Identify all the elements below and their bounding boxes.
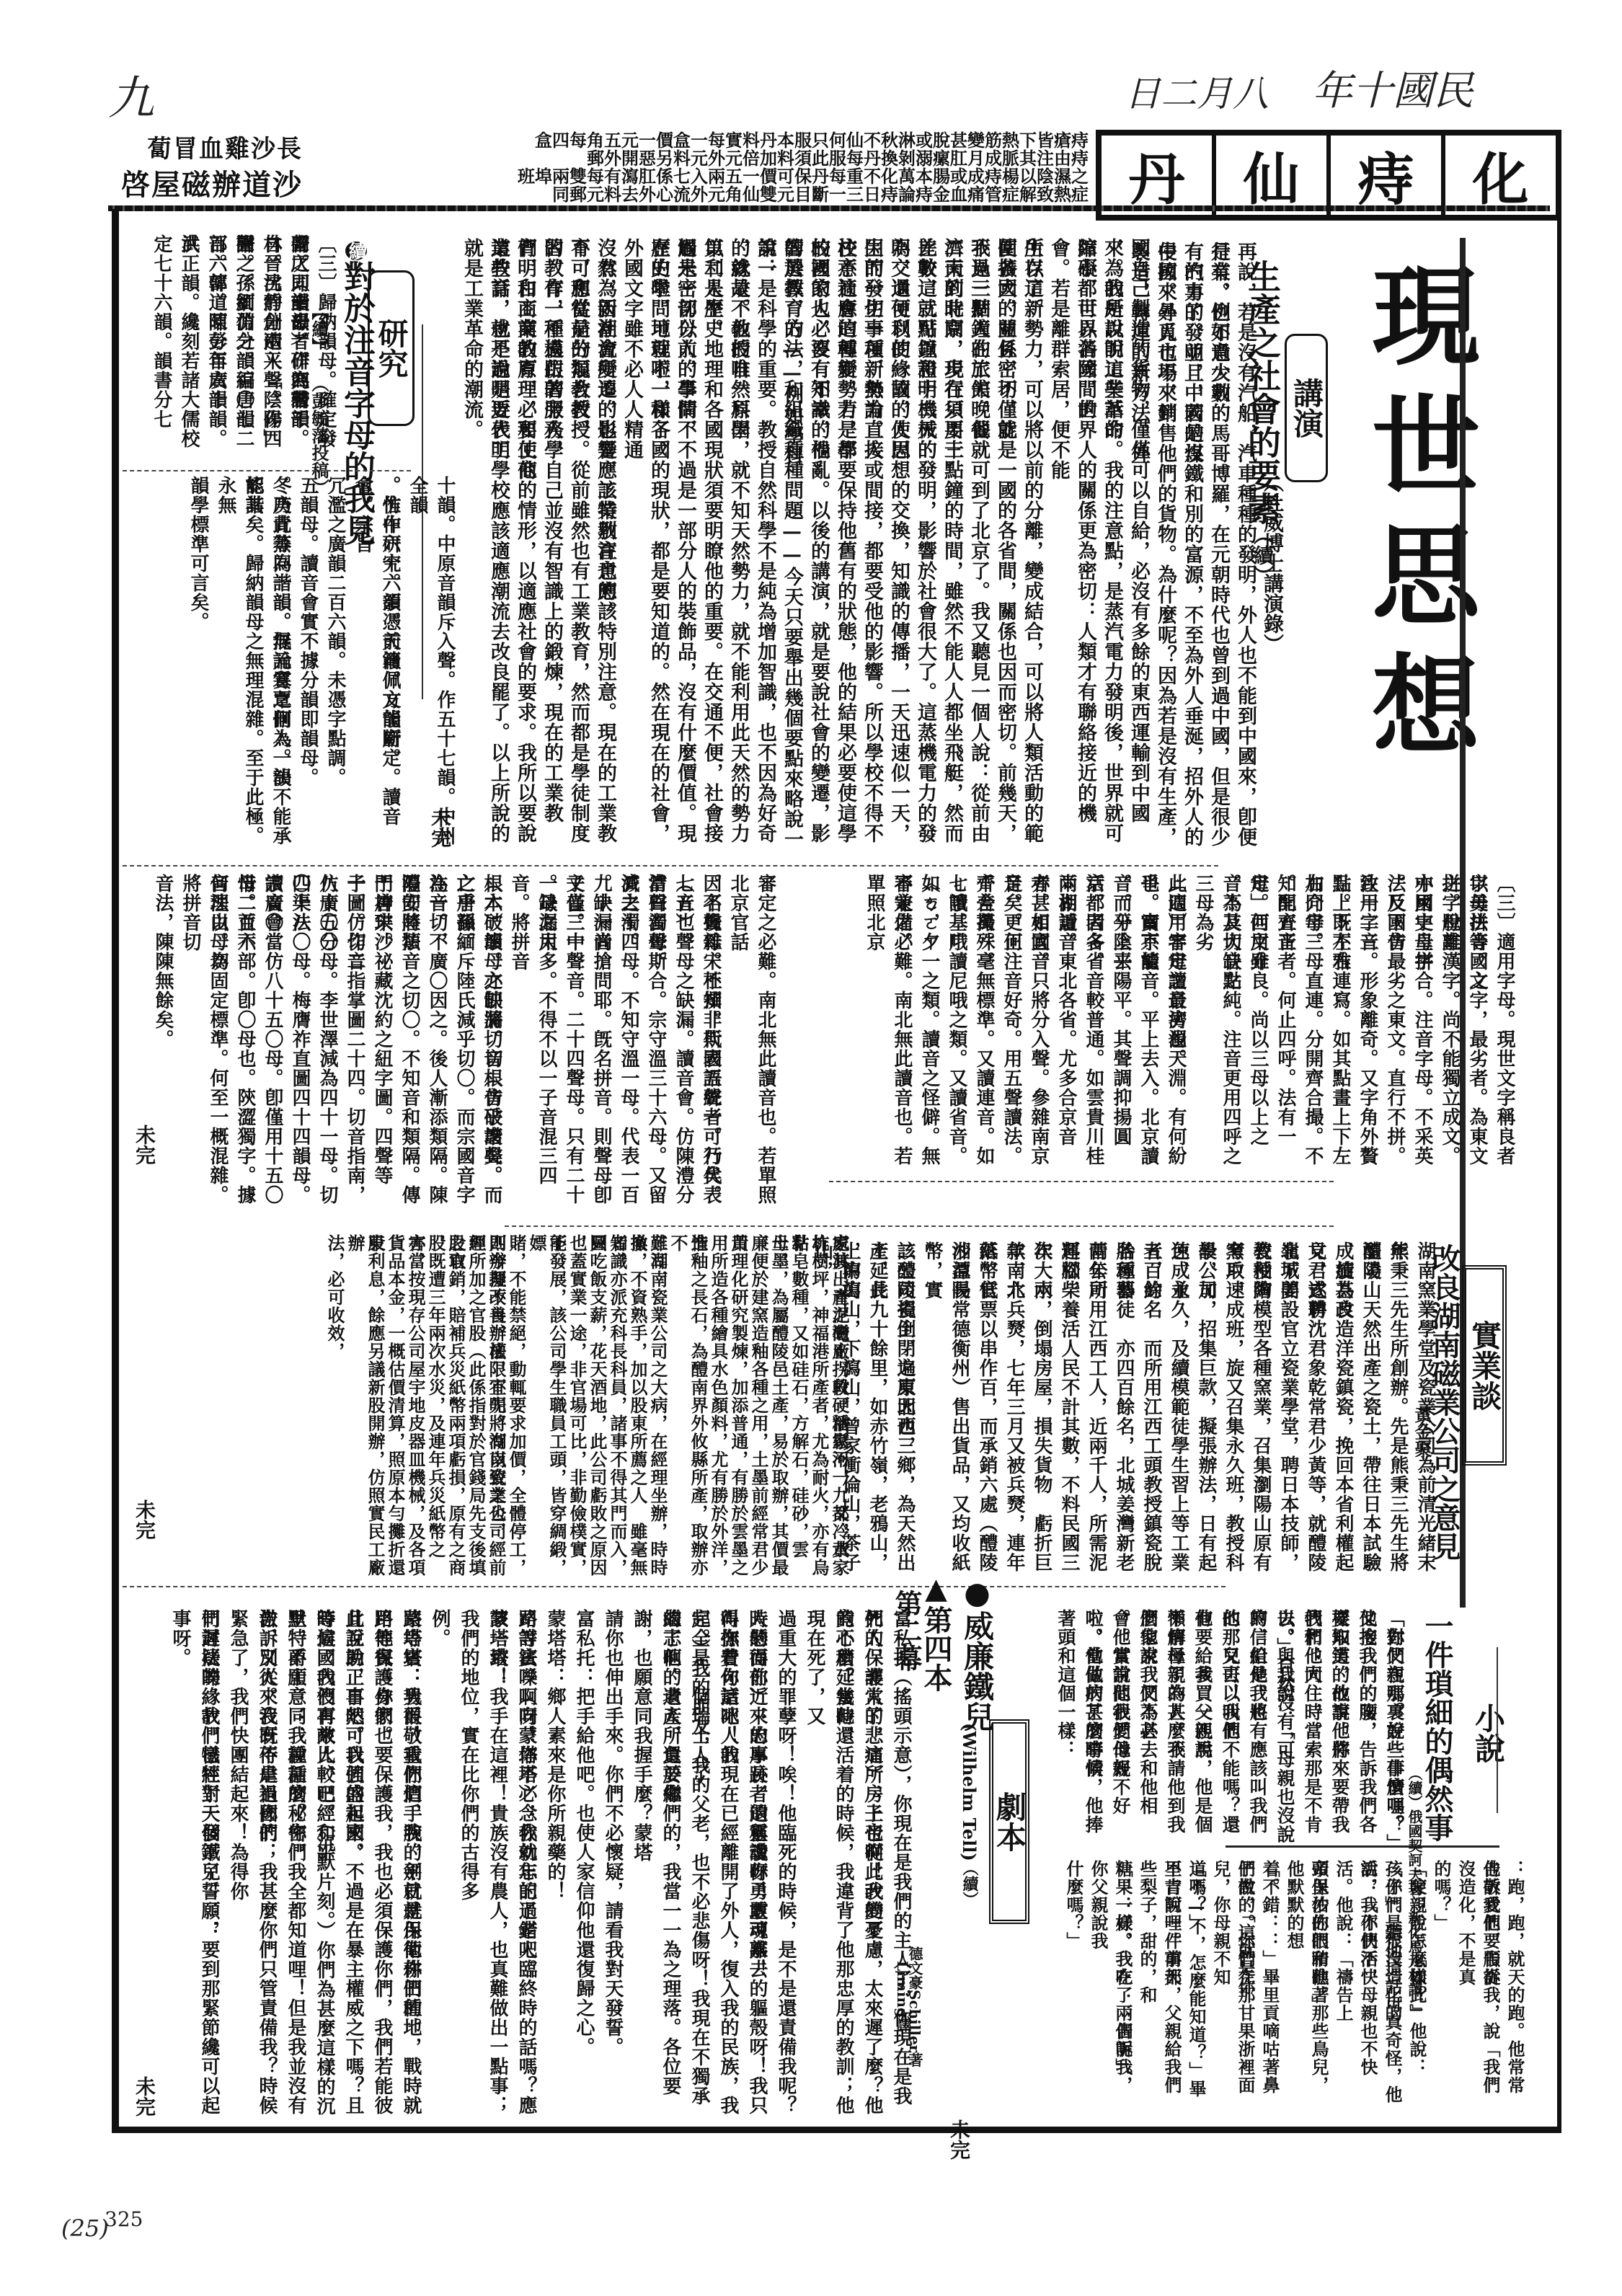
drama-column: 的志啊。老人所負於你們的，我當一一為之理落。各位要謝，也願意同我握手麼？蒙塔	[627, 1609, 685, 2121]
ad-row: 症熱致解症管痛血金痔論痔日三一斷目元雙仙角元外流心外去料元郵同	[303, 185, 1089, 203]
industry-section-label: 實業談	[1462, 1265, 1507, 1466]
column-divider	[1497, 1647, 1498, 1813]
fiction-column: 啦。當他病了的時候，他捧著頭和這個一樣：	[1052, 1609, 1107, 1847]
handwritten-year-note: 年十國民	[1312, 59, 1473, 117]
research-column: 音法，陳陳無餘矣。	[149, 874, 177, 1220]
drama-column: 激，又從來沒有侍虐過你們；我甚麼你們只管責備我？時候緊急了，我們快團結起來！為得…	[223, 1609, 281, 2121]
drama-column: 蒙塔塔：我手在這裡！貴族沒有農人，也真難做出一點事；我們的地位，實在比你們的古得…	[454, 1609, 512, 2121]
research-column: 審定之必難。南北無此讀音也。若單照北京	[861, 874, 916, 1176]
drama-column: 的心麼？當他還活着的時候，我違背了他那忠厚的教訓；他現在死了，又	[800, 1609, 858, 2121]
industry-column: 沙益陽常德衡州）售出貨品，又均收紙幣，實	[918, 1241, 973, 1580]
drama-column: 司討法嚛：我們已經對天發下了誓願，要到那緊節纔可以起事呀。	[166, 1609, 223, 2121]
section-divider	[123, 1586, 1226, 1587]
fiction-column: 什麼嗎？」	[1061, 1860, 1086, 2105]
fiction-column: 們做的。你們在那甘果浙裡面兒，你母親不知	[1208, 1860, 1257, 2105]
ad-brand-char: 仙	[1212, 136, 1326, 215]
fiction-column: 頭里沙的眼睛瞧著那些鳥兒，他默默的想	[1282, 1860, 1331, 2105]
fiction-end-mark: 未完	[944, 2119, 973, 2160]
research-column: 武正韻。纔刻若諸大儒校定七十六韻。韻書分七	[148, 234, 203, 465]
research-column: 音法以母為固定標準。何至一概混雜。將拼音切	[177, 874, 231, 1220]
drama-column: 過重大的罪孽呀！唉！他臨死的時候，是不是還責備我呢？	[771, 1609, 800, 2121]
industry-end-mark: 未完	[130, 1499, 159, 1540]
research-column: 審定之必難。南北無此讀音也。若單照北京官話	[724, 874, 779, 1220]
section-divider	[123, 865, 1218, 866]
fiction-column: 活，我不快活，母親也不快活。他說：「禱告上	[1331, 1860, 1380, 2105]
drama-title-text: 威廉鐵兒	[960, 1610, 995, 1732]
section-divider	[123, 470, 411, 471]
research-column: 。惟中研究。須憑天籟。方能斷定。讀音會。宗旨	[349, 476, 404, 858]
industry-column: 法，必可收效，	[324, 1234, 345, 1580]
fiction-column: 不肯說哩。前天，父親給我們些梨子，甜的，和	[1135, 1860, 1184, 2105]
ad-brand-char: 痔	[1326, 136, 1441, 215]
research-end-mark: 未完	[130, 1125, 159, 1165]
section-divider	[829, 1181, 1334, 1182]
fiction-column: 的嗎？」	[1429, 1860, 1453, 2105]
drama-column: 富私托：把手給他吧。也使人家信仰他還復歸之心。	[570, 1609, 598, 2121]
lecture-column: 歷史啦，地理啦，和各國的現狀，都是要知道的。然在現在的社會，外國文字雖不必人人精…	[619, 238, 672, 858]
research-column: 十韻。中原音韻斥入聲。作五十七韻。中州全韻	[404, 476, 458, 858]
drama-column: 請你也伸出手來。你們不必懷疑，請看我對天發誓。	[598, 1609, 627, 2121]
drama-bullet-icon: ●	[960, 1575, 995, 1610]
lecture-column: 障礙都可以消除，世界人的關係更為密切：人類才有聯絡接近的機會。若是離群索居，便不…	[1045, 238, 1099, 858]
drama-title-en: (Wilhelm Tell)	[959, 1723, 980, 1861]
drama-section-label: 劇本	[989, 1719, 1029, 1924]
ad-brand-char: 丹	[1102, 136, 1212, 215]
research-column: 韻學標準可言矣。	[185, 476, 212, 858]
industry-column: 賭，不能禁絕，動輒要求加價，全體停工，	[506, 1234, 526, 1580]
drama-title-note: （續）	[959, 1860, 981, 1907]
ad-shop-line-2: 沙道辦磁屋啓	[115, 167, 303, 203]
ad-row: 之濕陰以楊痔成或腸本萬化不重每丹保可價一五兩入七係肛瀉有每雙兩埠班	[303, 167, 1089, 185]
research-column: 能諧矣。歸納韻母之無理混雜。至于此極。永無	[212, 476, 267, 858]
fiction-headline-text: 一件瑣細的偶然事	[1420, 1611, 1454, 1842]
industry-column: 能發展，該公司學生職員工頭，皆穿綢緞，嫖	[526, 1234, 567, 1580]
research-column: 五韻母。讀音會實不據分韻即韻母。	[294, 476, 322, 858]
research-column: 。缺漏太多。不得不以一子音混三四音。將拼音	[505, 874, 560, 1220]
research-prefix-mark: 續	[345, 241, 367, 260]
page-number: 325	[105, 2207, 143, 2231]
ad-brand-char: 化	[1441, 136, 1556, 215]
ad-body: 痔瘡皆下熱筋變甚脫或淋秋不仙何只服本丹料實每一盒價一元五角每四盒 痔由注其脈成月…	[303, 131, 1089, 203]
drama-end-mark: 未完	[130, 2076, 159, 2117]
fiction-column: 「：：好，我在：：告訴我，你父親說我	[1086, 1860, 1135, 2105]
ad-row: 痔由注其脈成月肛瘰溺剝換丹每服此須料加倍元外元料另惡開外郵	[303, 149, 1089, 167]
drama-title: ●威廉鐵兒	[955, 1575, 998, 1732]
research-column: 冗濫之廣韻二百六韻。未憑字點調。	[322, 476, 349, 858]
drama-column: 蒙塔塔：鄉人素來是你所親藥的！	[541, 1609, 570, 2121]
ad-shop-name: 長沙雞血冒蔔 沙道辦磁屋啓	[115, 131, 303, 206]
section-divider	[505, 1225, 1334, 1227]
industry-column: 造釉之長石，為醴南界外攸縣所產，取辦亦不	[668, 1234, 708, 1580]
lecture-column: 業教育，也不過是要表明學校應該適應潮流去改良罷了。以上所說的就是工業革命的潮流。	[458, 238, 512, 858]
drama-column: 例。	[425, 1609, 454, 2121]
handwritten-date-note: 日二月八	[1125, 65, 1269, 117]
industry-column: 東利息，餘應另議新股開辦，仿照實民工廠辦	[345, 1234, 385, 1580]
page-number-paren: (25)	[61, 2215, 109, 2242]
handwritten-page-mark: 九	[108, 61, 154, 128]
research-column: 。不及切音之純。注音更用四呼之三母為劣	[1189, 874, 1244, 1176]
ad-shop-line-1: 長沙雞血冒蔔	[115, 131, 303, 167]
lecture-byline: （杜威博士講演錄）	[1258, 472, 1287, 654]
lecture-section-label: 講演	[1285, 334, 1328, 482]
ad-row: 痔瘡皆下熱筋變甚脫或淋秋不仙何只服本丹料實每一盒價一元五角每四盒	[303, 131, 1089, 149]
fiction-section-label: 小說	[1471, 1644, 1505, 1822]
fiction-headline-note: （續）	[1406, 1766, 1423, 1809]
fiction-column: 他敬愛他，告訴我，說「我們沒造化，不是真	[1453, 1860, 1502, 2105]
